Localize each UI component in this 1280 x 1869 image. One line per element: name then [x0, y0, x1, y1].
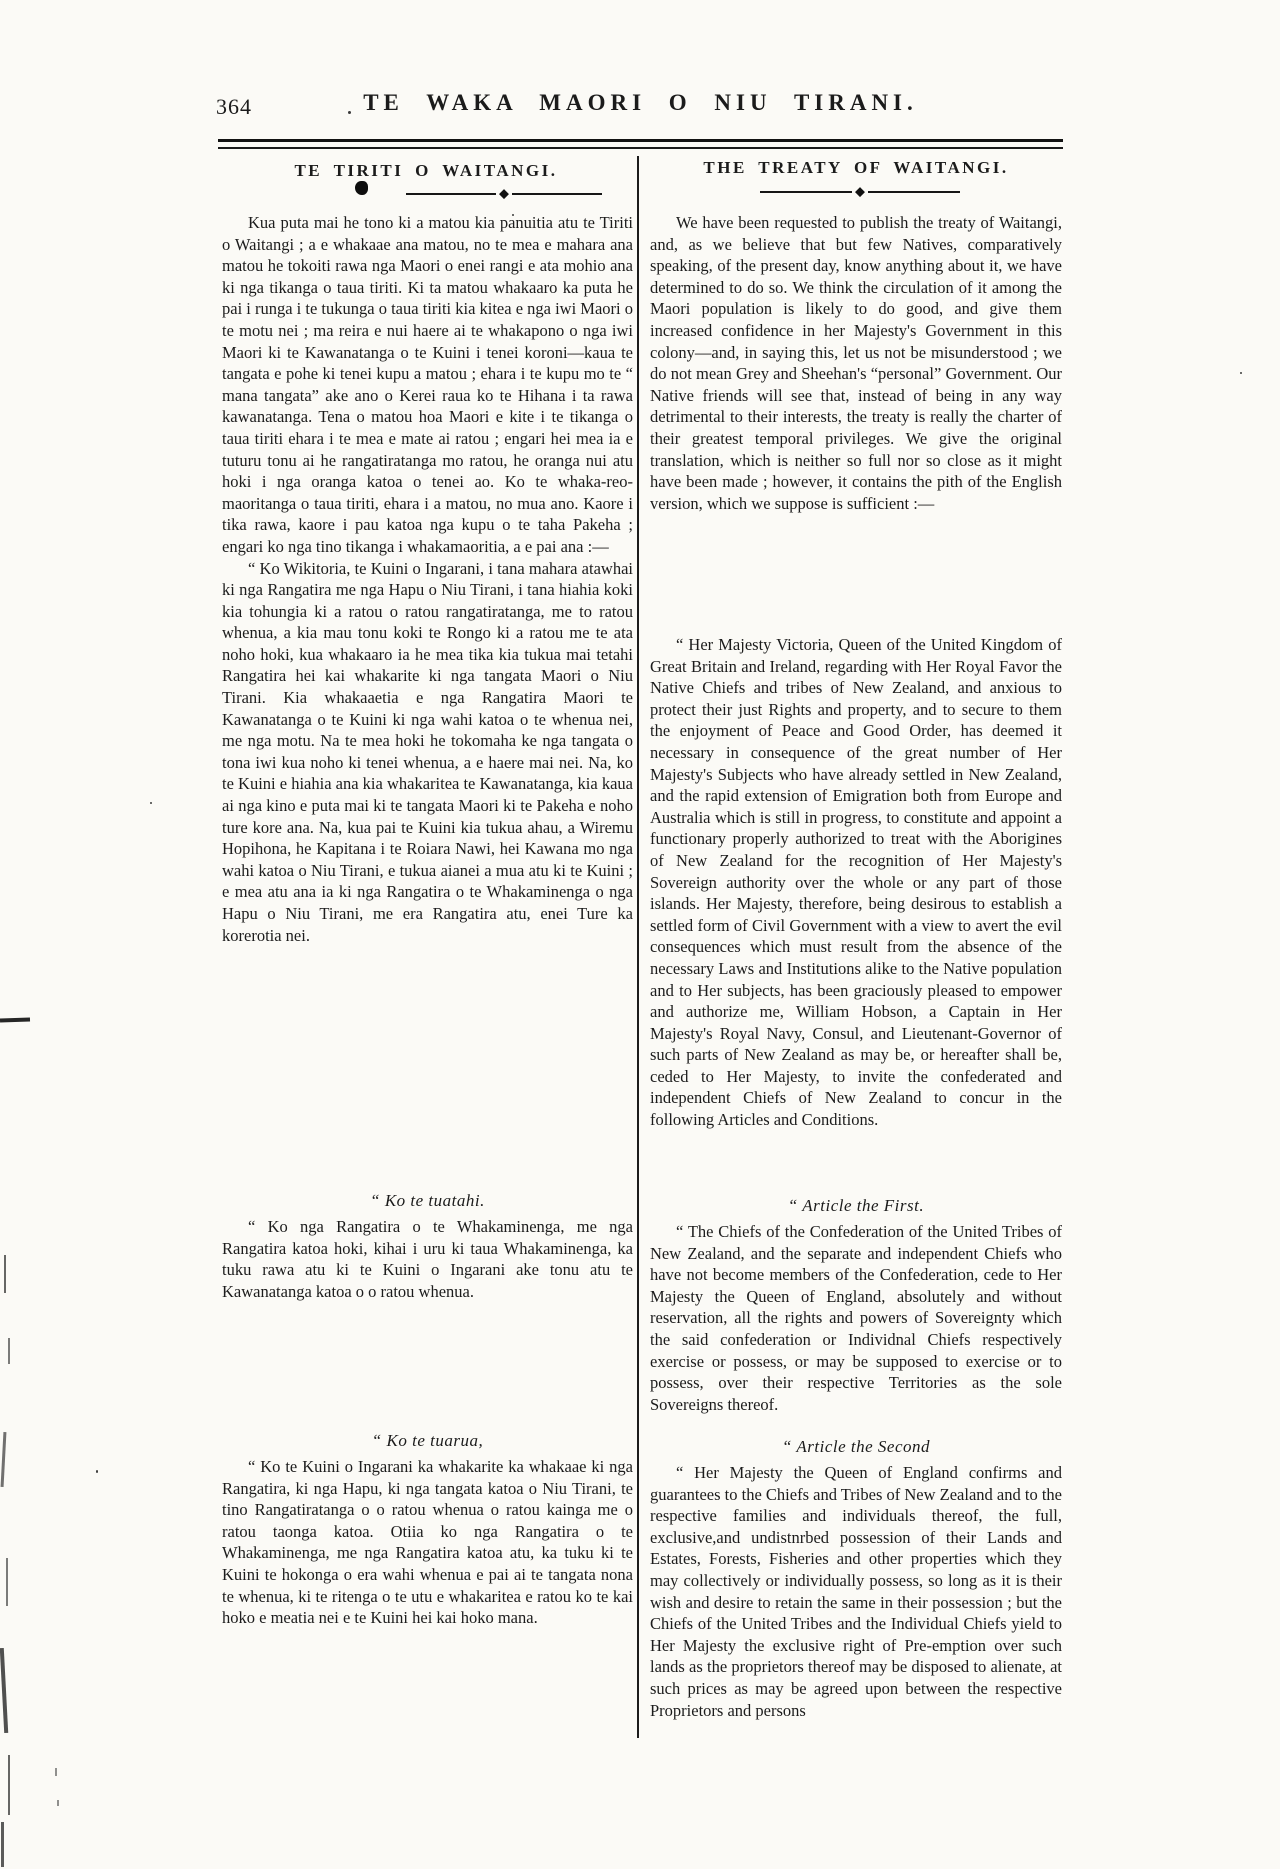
scan-noise-mark [0, 1017, 30, 1022]
heading-ornament-maori: ◆ [406, 188, 602, 200]
left-column-body: Kua puta mai he tono ki a matou kia panu… [222, 212, 633, 946]
article-paragraph: “ The Chiefs of the Confederation of the… [650, 1221, 1062, 1415]
scan-noise-mark [1, 1822, 4, 1867]
scan-noise-mark [57, 1800, 59, 1806]
header-rule-thick [218, 139, 1063, 142]
scan-speck [150, 802, 152, 804]
scan-speck [1240, 372, 1242, 374]
scan-speck [512, 214, 514, 216]
article-paragraph: “ Ko nga Rangatira o te Whakaminenga, me… [222, 1216, 633, 1302]
ornament-rule [406, 193, 496, 195]
heading-ornament-english: ◆ [760, 186, 960, 198]
article-body-english-first: “ The Chiefs of the Confederation of the… [650, 1221, 1062, 1415]
article-heading-english-first: “ Article the First. [650, 1196, 1062, 1216]
article-body-english-second: “ Her Majesty the Queen of England confi… [650, 1462, 1062, 1721]
diamond-icon: ◆ [496, 188, 512, 200]
scan-noise-mark [0, 1648, 8, 1733]
treaty-heading-english: THE TREATY OF WAITANGI. [650, 158, 1062, 178]
article-body-maori-second: “ Ko te Kuini o Ingarani ka whakarite ka… [222, 1456, 633, 1629]
article-heading-maori-second: “ Ko te tuarua, [222, 1431, 633, 1451]
scan-noise-mark [1, 1432, 7, 1487]
masthead-title: TE WAKA MAORI O NIU TIRANI. [218, 90, 1063, 116]
intro-paragraph-english: We have been requested to publish the tr… [650, 212, 1062, 514]
treaty-heading-maori: TE TIRITI O WAITANGI. [222, 161, 630, 181]
header-rule-thin [218, 147, 1063, 149]
ink-blot-artifact [355, 181, 368, 195]
scan-noise-mark [4, 1255, 6, 1293]
ornament-rule [760, 191, 852, 193]
diamond-icon: ◆ [852, 186, 868, 198]
preamble-paragraph-maori: “ Ko Wikitoria, te Kuini o Ingarani, i t… [222, 558, 633, 947]
scan-noise-mark [8, 1755, 10, 1815]
scan-noise-mark [6, 1558, 8, 1606]
preamble-paragraph-english: “ Her Majesty Victoria, Queen of the Uni… [650, 634, 1062, 1131]
newspaper-page-scan: 364 TE WAKA MAORI O NIU TIRANI. TE TIRIT… [0, 0, 1280, 1869]
preamble-block-english: “ Her Majesty Victoria, Queen of the Uni… [650, 634, 1062, 1131]
article-paragraph: “ Her Majesty the Queen of England confi… [650, 1462, 1062, 1721]
article-paragraph: “ Ko te Kuini o Ingarani ka whakarite ka… [222, 1456, 633, 1629]
scan-noise-mark [8, 1338, 10, 1364]
intro-block-english: We have been requested to publish the tr… [650, 212, 1062, 514]
article-heading-english-second: “ Article the Second [650, 1437, 1062, 1457]
column-divider [637, 156, 639, 1738]
scan-speck [96, 1470, 98, 1473]
scan-noise-mark [55, 1768, 57, 1776]
scan-speck [348, 111, 351, 114]
intro-paragraph-maori: Kua puta mai he tono ki a matou kia panu… [222, 212, 633, 558]
article-body-maori-first: “ Ko nga Rangatira o te Whakaminenga, me… [222, 1216, 633, 1302]
ornament-rule [512, 193, 602, 195]
ornament-rule [868, 191, 960, 193]
article-heading-maori-first: “ Ko te tuatahi. [222, 1191, 633, 1211]
